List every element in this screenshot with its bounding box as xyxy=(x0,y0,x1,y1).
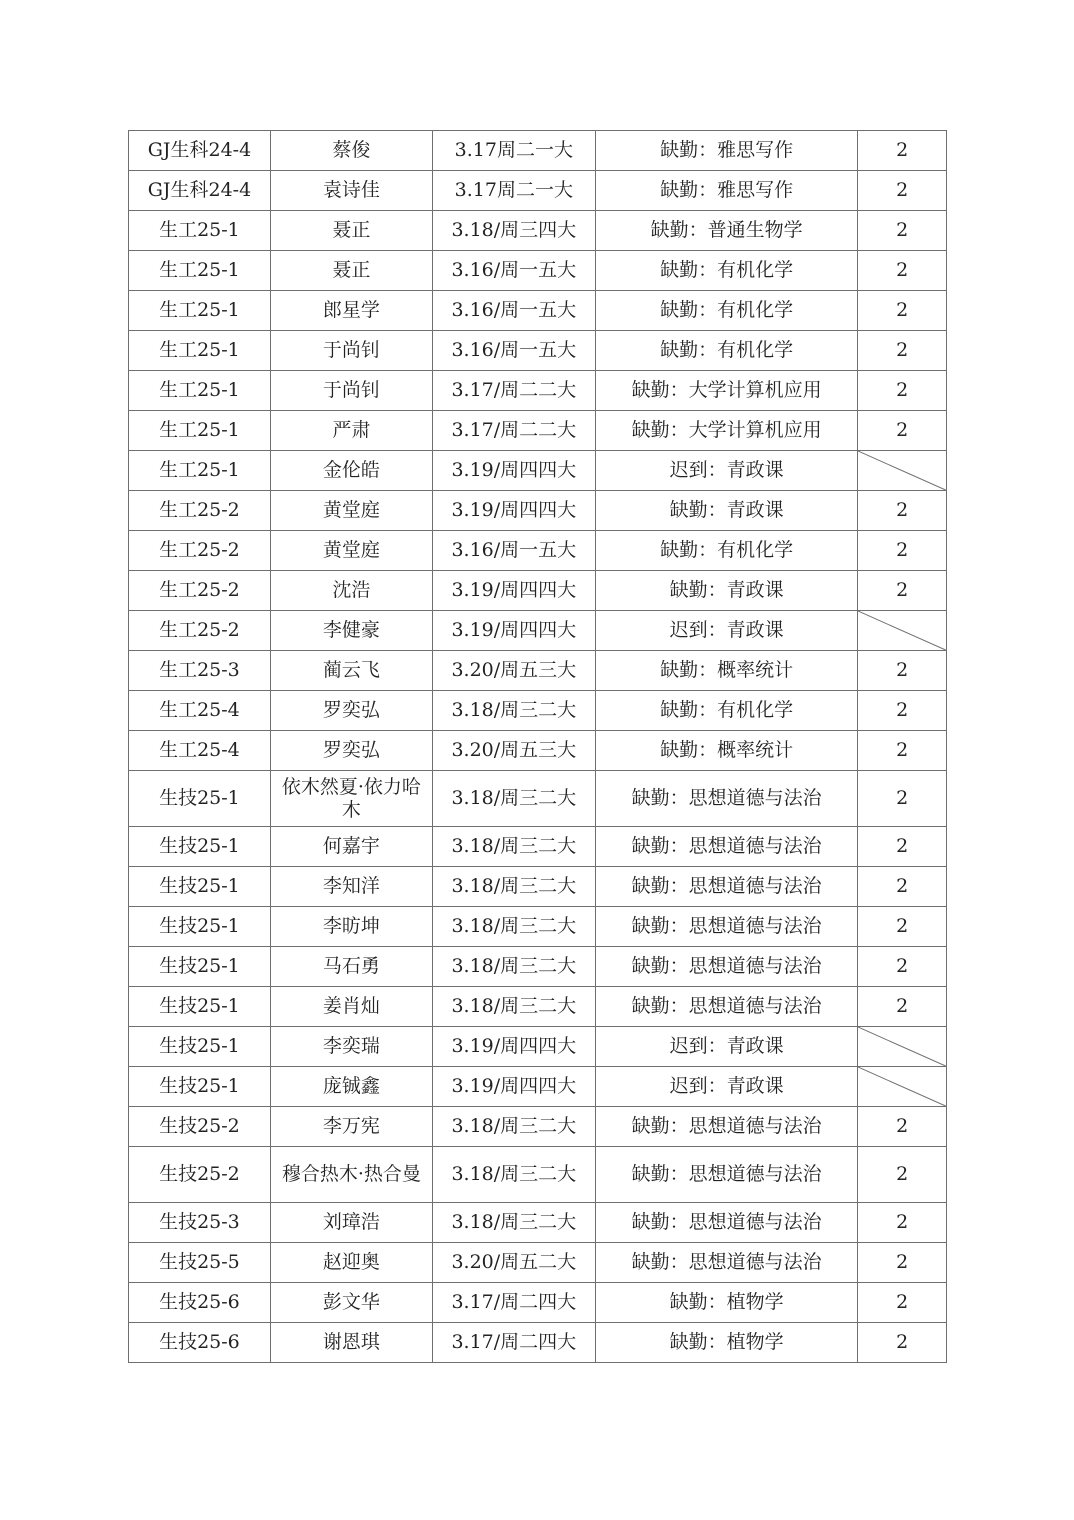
points-cell: 2 xyxy=(858,131,947,171)
table-row: 生技25-3刘璋浩3.18/周三二大缺勤：思想道德与法治2 xyxy=(129,1203,947,1243)
name-cell: 黄堂庭 xyxy=(270,531,432,571)
time-cell: 3.18/周三二大 xyxy=(432,827,595,867)
time-cell: 3.18/周三四大 xyxy=(432,211,595,251)
reason-cell: 缺勤：植物学 xyxy=(595,1283,858,1323)
table-row: 生技25-1庞铖鑫3.19/周四四大迟到：青政课 xyxy=(129,1067,947,1107)
table-row: 生工25-1聂正3.18/周三四大缺勤：普通生物学2 xyxy=(129,211,947,251)
points-cell: 2 xyxy=(858,1147,947,1203)
name-cell: 聂正 xyxy=(270,211,432,251)
name-cell: 李知洋 xyxy=(270,867,432,907)
diagonal-slash-icon xyxy=(858,1067,946,1106)
name-cell: 于尚钊 xyxy=(270,331,432,371)
table-row: 生工25-1严肃3.17/周二二大缺勤：大学计算机应用2 xyxy=(129,411,947,451)
class-cell: 生工25-2 xyxy=(129,531,271,571)
name-cell: 黄堂庭 xyxy=(270,491,432,531)
points-cell: 2 xyxy=(858,171,947,211)
class-cell: 生工25-1 xyxy=(129,371,271,411)
class-cell: GJ生科24-4 xyxy=(129,131,271,171)
class-cell: 生技25-1 xyxy=(129,987,271,1027)
time-cell: 3.18/周三二大 xyxy=(432,947,595,987)
table-row: 生工25-1于尚钊3.17/周二二大缺勤：大学计算机应用2 xyxy=(129,371,947,411)
table-row: 生技25-6彭文华3.17/周二四大缺勤：植物学2 xyxy=(129,1283,947,1323)
time-cell: 3.20/周五二大 xyxy=(432,1243,595,1283)
reason-cell: 缺勤：雅思写作 xyxy=(595,171,858,211)
reason-cell: 缺勤：思想道德与法治 xyxy=(595,1147,858,1203)
time-cell: 3.17/周二四大 xyxy=(432,1323,595,1363)
time-cell: 3.20/周五三大 xyxy=(432,651,595,691)
points-cell: 2 xyxy=(858,1323,947,1363)
time-cell: 3.16/周一五大 xyxy=(432,291,595,331)
name-cell: 李健豪 xyxy=(270,611,432,651)
name-cell: 庞铖鑫 xyxy=(270,1067,432,1107)
time-cell: 3.18/周三二大 xyxy=(432,1147,595,1203)
table-row: 生技25-1依木然夏·依力哈木3.18/周三二大缺勤：思想道德与法治2 xyxy=(129,771,947,827)
table-row: 生工25-1郎星学3.16/周一五大缺勤：有机化学2 xyxy=(129,291,947,331)
points-cell xyxy=(858,1067,947,1107)
table-row: GJ生科24-4袁诗佳3.17周二一大缺勤：雅思写作2 xyxy=(129,171,947,211)
points-cell xyxy=(858,451,947,491)
reason-cell: 缺勤：思想道德与法治 xyxy=(595,771,858,827)
reason-cell: 迟到：青政课 xyxy=(595,1067,858,1107)
class-cell: 生工25-2 xyxy=(129,611,271,651)
reason-cell: 缺勤：青政课 xyxy=(595,491,858,531)
name-cell: 严肃 xyxy=(270,411,432,451)
class-cell: 生工25-1 xyxy=(129,411,271,451)
name-cell: 袁诗佳 xyxy=(270,171,432,211)
time-cell: 3.18/周三二大 xyxy=(432,907,595,947)
reason-cell: 缺勤：大学计算机应用 xyxy=(595,371,858,411)
time-cell: 3.18/周三二大 xyxy=(432,987,595,1027)
class-cell: 生技25-1 xyxy=(129,907,271,947)
points-cell: 2 xyxy=(858,491,947,531)
points-cell: 2 xyxy=(858,531,947,571)
name-cell: 金伦皓 xyxy=(270,451,432,491)
class-cell: 生工25-1 xyxy=(129,331,271,371)
reason-cell: 缺勤：思想道德与法治 xyxy=(595,907,858,947)
class-cell: 生技25-6 xyxy=(129,1283,271,1323)
table-row: 生技25-6谢恩琪3.17/周二四大缺勤：植物学2 xyxy=(129,1323,947,1363)
reason-cell: 缺勤：大学计算机应用 xyxy=(595,411,858,451)
class-cell: 生技25-2 xyxy=(129,1147,271,1203)
points-cell: 2 xyxy=(858,1283,947,1323)
table-row: 生工25-2黄堂庭3.16/周一五大缺勤：有机化学2 xyxy=(129,531,947,571)
reason-cell: 迟到：青政课 xyxy=(595,1027,858,1067)
name-cell: 蔺云飞 xyxy=(270,651,432,691)
table-row: 生工25-1于尚钊3.16/周一五大缺勤：有机化学2 xyxy=(129,331,947,371)
reason-cell: 缺勤：思想道德与法治 xyxy=(595,947,858,987)
reason-cell: 缺勤：思想道德与法治 xyxy=(595,867,858,907)
table-row: GJ生科24-4蔡俊3.17周二一大缺勤：雅思写作2 xyxy=(129,131,947,171)
points-cell: 2 xyxy=(858,867,947,907)
diagonal-slash-icon xyxy=(858,611,946,650)
points-cell xyxy=(858,1027,947,1067)
reason-cell: 缺勤：思想道德与法治 xyxy=(595,1243,858,1283)
reason-cell: 缺勤：有机化学 xyxy=(595,291,858,331)
points-cell: 2 xyxy=(858,411,947,451)
table-row: 生技25-1李昉坤3.18/周三二大缺勤：思想道德与法治2 xyxy=(129,907,947,947)
table-row: 生技25-1何嘉宇3.18/周三二大缺勤：思想道德与法治2 xyxy=(129,827,947,867)
class-cell: 生技25-1 xyxy=(129,867,271,907)
name-cell: 罗奕弘 xyxy=(270,731,432,771)
reason-cell: 缺勤：思想道德与法治 xyxy=(595,1107,858,1147)
points-cell: 2 xyxy=(858,827,947,867)
name-cell: 于尚钊 xyxy=(270,371,432,411)
class-cell: 生技25-1 xyxy=(129,1027,271,1067)
name-cell: 赵迎奥 xyxy=(270,1243,432,1283)
points-cell: 2 xyxy=(858,651,947,691)
reason-cell: 缺勤：概率统计 xyxy=(595,651,858,691)
table-row: 生工25-2李健豪3.19/周四四大迟到：青政课 xyxy=(129,611,947,651)
class-cell: 生技25-3 xyxy=(129,1203,271,1243)
name-cell: 罗奕弘 xyxy=(270,691,432,731)
time-cell: 3.20/周五三大 xyxy=(432,731,595,771)
name-cell: 姜肖灿 xyxy=(270,987,432,1027)
table-row: 生技25-5赵迎奥3.20/周五二大缺勤：思想道德与法治2 xyxy=(129,1243,947,1283)
time-cell: 3.18/周三二大 xyxy=(432,1203,595,1243)
points-cell xyxy=(858,611,947,651)
time-cell: 3.19/周四四大 xyxy=(432,451,595,491)
class-cell: GJ生科24-4 xyxy=(129,171,271,211)
time-cell: 3.19/周四四大 xyxy=(432,571,595,611)
class-cell: 生技25-1 xyxy=(129,771,271,827)
time-cell: 3.17/周二二大 xyxy=(432,371,595,411)
name-cell: 李奕瑞 xyxy=(270,1027,432,1067)
reason-cell: 缺勤：青政课 xyxy=(595,571,858,611)
name-cell: 穆合热木·热合曼 xyxy=(270,1147,432,1203)
table-row: 生工25-2黄堂庭3.19/周四四大缺勤：青政课2 xyxy=(129,491,947,531)
attendance-table: GJ生科24-4蔡俊3.17周二一大缺勤：雅思写作2GJ生科24-4袁诗佳3.1… xyxy=(128,130,947,1363)
class-cell: 生技25-1 xyxy=(129,827,271,867)
points-cell: 2 xyxy=(858,987,947,1027)
time-cell: 3.17/周二四大 xyxy=(432,1283,595,1323)
points-cell: 2 xyxy=(858,371,947,411)
points-cell: 2 xyxy=(858,291,947,331)
table-row: 生技25-2李万宪3.18/周三二大缺勤：思想道德与法治2 xyxy=(129,1107,947,1147)
time-cell: 3.18/周三二大 xyxy=(432,771,595,827)
class-cell: 生技25-5 xyxy=(129,1243,271,1283)
time-cell: 3.18/周三二大 xyxy=(432,867,595,907)
class-cell: 生技25-1 xyxy=(129,947,271,987)
reason-cell: 缺勤：思想道德与法治 xyxy=(595,1203,858,1243)
points-cell: 2 xyxy=(858,691,947,731)
name-cell: 依木然夏·依力哈木 xyxy=(270,771,432,827)
time-cell: 3.16/周一五大 xyxy=(432,531,595,571)
points-cell: 2 xyxy=(858,771,947,827)
reason-cell: 缺勤：普通生物学 xyxy=(595,211,858,251)
class-cell: 生工25-4 xyxy=(129,731,271,771)
class-cell: 生工25-4 xyxy=(129,691,271,731)
table-row: 生工25-4罗奕弘3.20/周五三大缺勤：概率统计2 xyxy=(129,731,947,771)
time-cell: 3.17周二一大 xyxy=(432,131,595,171)
reason-cell: 缺勤：有机化学 xyxy=(595,331,858,371)
class-cell: 生技25-6 xyxy=(129,1323,271,1363)
points-cell: 2 xyxy=(858,1243,947,1283)
name-cell: 何嘉宇 xyxy=(270,827,432,867)
class-cell: 生工25-1 xyxy=(129,451,271,491)
name-cell: 马石勇 xyxy=(270,947,432,987)
reason-cell: 缺勤：思想道德与法治 xyxy=(595,987,858,1027)
reason-cell: 缺勤：雅思写作 xyxy=(595,131,858,171)
time-cell: 3.19/周四四大 xyxy=(432,611,595,651)
reason-cell: 缺勤：有机化学 xyxy=(595,531,858,571)
time-cell: 3.17/周二二大 xyxy=(432,411,595,451)
table-row: 生工25-1金伦皓3.19/周四四大迟到：青政课 xyxy=(129,451,947,491)
table-row: 生技25-1李知洋3.18/周三二大缺勤：思想道德与法治2 xyxy=(129,867,947,907)
name-cell: 蔡俊 xyxy=(270,131,432,171)
time-cell: 3.19/周四四大 xyxy=(432,1067,595,1107)
table-body: GJ生科24-4蔡俊3.17周二一大缺勤：雅思写作2GJ生科24-4袁诗佳3.1… xyxy=(129,131,947,1363)
points-cell: 2 xyxy=(858,947,947,987)
name-cell: 郎星学 xyxy=(270,291,432,331)
table-row: 生工25-1聂正3.16/周一五大缺勤：有机化学2 xyxy=(129,251,947,291)
class-cell: 生技25-2 xyxy=(129,1107,271,1147)
table-row: 生技25-2穆合热木·热合曼3.18/周三二大缺勤：思想道德与法治2 xyxy=(129,1147,947,1203)
table-row: 生技25-1马石勇3.18/周三二大缺勤：思想道德与法治2 xyxy=(129,947,947,987)
time-cell: 3.17周二一大 xyxy=(432,171,595,211)
time-cell: 3.16/周一五大 xyxy=(432,251,595,291)
time-cell: 3.19/周四四大 xyxy=(432,1027,595,1067)
reason-cell: 缺勤：植物学 xyxy=(595,1323,858,1363)
reason-cell: 迟到：青政课 xyxy=(595,451,858,491)
table-row: 生工25-4罗奕弘3.18/周三二大缺勤：有机化学2 xyxy=(129,691,947,731)
time-cell: 3.19/周四四大 xyxy=(432,491,595,531)
class-cell: 生工25-1 xyxy=(129,211,271,251)
name-cell: 李万宪 xyxy=(270,1107,432,1147)
name-cell: 彭文华 xyxy=(270,1283,432,1323)
reason-cell: 缺勤：有机化学 xyxy=(595,251,858,291)
class-cell: 生技25-1 xyxy=(129,1067,271,1107)
time-cell: 3.16/周一五大 xyxy=(432,331,595,371)
diagonal-slash-icon xyxy=(858,1027,946,1066)
reason-cell: 缺勤：思想道德与法治 xyxy=(595,827,858,867)
points-cell: 2 xyxy=(858,331,947,371)
class-cell: 生工25-2 xyxy=(129,491,271,531)
points-cell: 2 xyxy=(858,211,947,251)
reason-cell: 缺勤：有机化学 xyxy=(595,691,858,731)
points-cell: 2 xyxy=(858,731,947,771)
points-cell: 2 xyxy=(858,571,947,611)
reason-cell: 缺勤：概率统计 xyxy=(595,731,858,771)
reason-cell: 迟到：青政课 xyxy=(595,611,858,651)
table-row: 生技25-1李奕瑞3.19/周四四大迟到：青政课 xyxy=(129,1027,947,1067)
table-row: 生工25-2沈浩3.19/周四四大缺勤：青政课2 xyxy=(129,571,947,611)
time-cell: 3.18/周三二大 xyxy=(432,691,595,731)
diagonal-slash-icon xyxy=(858,451,946,490)
points-cell: 2 xyxy=(858,907,947,947)
time-cell: 3.18/周三二大 xyxy=(432,1107,595,1147)
class-cell: 生工25-2 xyxy=(129,571,271,611)
name-cell: 谢恩琪 xyxy=(270,1323,432,1363)
points-cell: 2 xyxy=(858,1107,947,1147)
name-cell: 聂正 xyxy=(270,251,432,291)
table-row: 生工25-3蔺云飞3.20/周五三大缺勤：概率统计2 xyxy=(129,651,947,691)
name-cell: 沈浩 xyxy=(270,571,432,611)
points-cell: 2 xyxy=(858,1203,947,1243)
class-cell: 生工25-1 xyxy=(129,251,271,291)
class-cell: 生工25-3 xyxy=(129,651,271,691)
class-cell: 生工25-1 xyxy=(129,291,271,331)
name-cell: 刘璋浩 xyxy=(270,1203,432,1243)
name-cell: 李昉坤 xyxy=(270,907,432,947)
table-row: 生技25-1姜肖灿3.18/周三二大缺勤：思想道德与法治2 xyxy=(129,987,947,1027)
points-cell: 2 xyxy=(858,251,947,291)
